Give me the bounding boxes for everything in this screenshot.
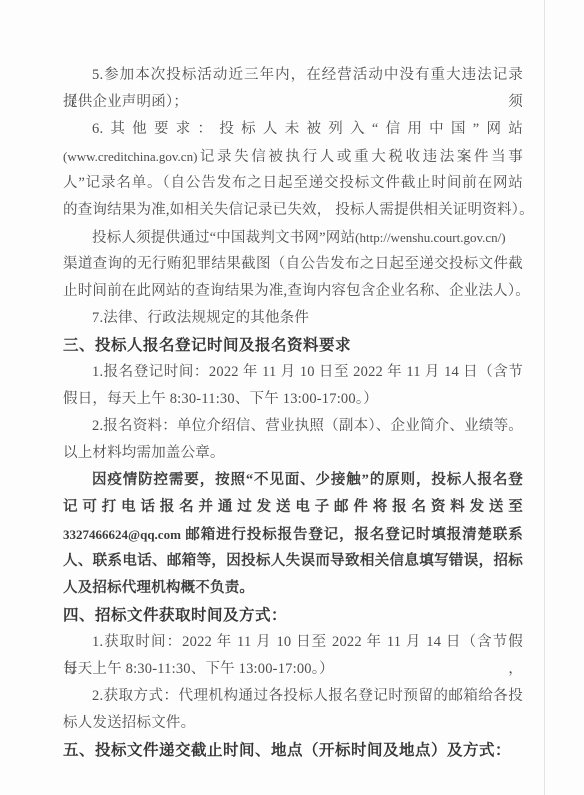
doc-line-covid-2: 记可打电话报名并通过发送电子邮件将报名资料发送至 xyxy=(63,494,523,521)
doc-line-covid-5: 人及招标代理机构概不负责。 xyxy=(63,575,523,602)
line-text: 7.法律、行政法规规定的其他条件 xyxy=(92,310,309,326)
doc-line-wenshu-2: 渠道查询的无行贿犯罪结果截图（自公告发布之日起至递交投标文件截 xyxy=(63,251,523,278)
line-text: 止时间前在此网站的查询结果为准,查询内容包含企业名称、企业法人）。 xyxy=(63,283,530,299)
doc-line-regdocs-1: 2.报名资料：单位介绍信、营业执照（副本）、企业简介、业绩等。 xyxy=(63,413,523,440)
line-text: 标人发送招标文件。 xyxy=(63,715,195,731)
line-text: 1.报名登记时间：2022 年 11 月 10 日至 2022 年 11 月 1… xyxy=(92,364,523,380)
line-text: 的查询结果为准,如相关失信记录已失效， 投标人需提供相关证明资料）。 xyxy=(63,202,534,218)
doc-line-item5-1: 5.参加本次投标活动近三年内，在经营活动中没有重大违法记录（须 xyxy=(63,62,523,89)
registration-email-text: 3327466624@qq.com xyxy=(63,527,181,542)
doc-line-getmethod-1: 2.获取方式：代理机构通过各投标人报名登记时预留的邮箱给各投 xyxy=(63,683,523,710)
line-text: 以上材料均需加盖公章。 xyxy=(63,445,225,461)
doc-line-covid-4: 人、联系电话、邮箱等，因投标人失误而导致相关信息填写错误，招标 xyxy=(63,548,523,575)
line-text: 2.报名资料：单位介绍信、营业执照（副本）、企业简介、业绩等。 xyxy=(92,418,523,434)
doc-line-regtime-1: 1.报名登记时间：2022 年 11 月 10 日至 2022 年 11 月 1… xyxy=(63,359,523,386)
doc-line-regdocs-2: 以上材料均需加盖公章。 xyxy=(63,440,523,467)
line-text: 假日，每天上午 8:30-11:30、下午 13:00-17:00。） xyxy=(63,391,378,407)
doc-line-regtime-2: 假日，每天上午 8:30-11:30、下午 13:00-17:00。） xyxy=(63,386,523,413)
scan-fold-line xyxy=(544,0,545,795)
doc-line-wenshu-3: 止时间前在此网站的查询结果为准,查询内容包含企业名称、企业法人）。 xyxy=(63,278,523,305)
doc-line-covid-3: 3327466624@qq.com 邮箱进行投标报告登记，报名登记时填报清楚联系 xyxy=(63,521,523,548)
doc-line-item7: 7.法律、行政法规规定的其他条件 xyxy=(63,305,523,332)
doc-line-item6-4: 的查询结果为准,如相关失信记录已失效， 投标人需提供相关证明资料）。 xyxy=(63,197,523,224)
line-text: 每天上午 8:30-11:30、下午 13:00-17:00。） xyxy=(63,661,334,677)
doc-line-item6-2: (www.creditchina.gov.cn)记录失信被执行人或重大税收违法案… xyxy=(63,143,523,170)
line-text: 渠道查询的无行贿犯罪结果截图（自公告发布之日起至递交投标文件截 xyxy=(63,256,523,272)
doc-line-item6-3: 人”记录名单。（自公告发布之日起至递交投标文件截止时间前在网站 xyxy=(63,170,523,197)
section-heading-3: 三、投标人报名登记时间及报名资料要求 xyxy=(63,332,523,359)
line-text: 记可打电话报名并通过发送电子邮件将报名资料发送至 xyxy=(63,499,523,515)
line-text: 因疫情防控需要，按照“不见面、少接触”的原则，投标人报名登 xyxy=(92,472,523,488)
line-text: 人及招标代理机构概不负责。 xyxy=(63,580,254,596)
wenshu-court-url-text: (http://wenshu.court.gov.cn/) xyxy=(355,230,505,245)
doc-line-gettime-1: 1.获取时间：2022 年 11 月 10 日至 2022 年 11 月 14 … xyxy=(63,629,523,656)
doc-line-covid-1: 因疫情防控需要，按照“不见面、少接触”的原则，投标人报名登 xyxy=(63,467,523,494)
doc-line-getmethod-2: 标人发送招标文件。 xyxy=(63,710,523,737)
section-heading-4: 四、招标文件获取时间及方式： xyxy=(63,602,523,629)
line-text: 人、联系电话、邮箱等，因投标人失误而导致相关信息填写错误，招标 xyxy=(63,553,523,569)
line-text: 6.其他要求：投标人未被列入“信用中国”网站 xyxy=(92,121,523,137)
line-text: 提供企业声明函）； xyxy=(63,94,188,110)
line-text: 邮箱进行投标报告登记，报名登记时填报清楚联系 xyxy=(181,527,523,543)
line-text: 记录失信被执行人或重大税收违法案件当事 xyxy=(197,149,523,165)
heading-text: 四、招标文件获取时间及方式： xyxy=(63,607,287,624)
line-text: 2.获取方式：代理机构通过各投标人报名登记时预留的邮箱给各投 xyxy=(92,688,523,704)
heading-text: 三、投标人报名登记时间及报名资料要求 xyxy=(63,337,351,354)
creditchina-url-text: (www.creditchina.gov.cn) xyxy=(63,149,197,164)
section-heading-5: 五、投标文件递交截止时间、地点（开标时间及地点）及方式： xyxy=(63,737,523,764)
document-page: 5.参加本次投标活动近三年内，在经营活动中没有重大违法记录（须 提供企业声明函）… xyxy=(0,0,584,795)
line-text: 投标人须提供通过“中国裁判文书网”网站 xyxy=(92,230,355,246)
doc-line-item6-1: 6.其他要求：投标人未被列入“信用中国”网站 xyxy=(63,116,523,143)
document-content: 5.参加本次投标活动近三年内，在经营活动中没有重大违法记录（须 提供企业声明函）… xyxy=(63,62,523,764)
heading-text: 五、投标文件递交截止时间、地点（开标时间及地点）及方式： xyxy=(63,742,511,759)
line-text: 人”记录名单。（自公告发布之日起至递交投标文件截止时间前在网站 xyxy=(63,175,523,191)
doc-line-wenshu-1: 投标人须提供通过“中国裁判文书网”网站(http://wenshu.court.… xyxy=(63,224,523,251)
